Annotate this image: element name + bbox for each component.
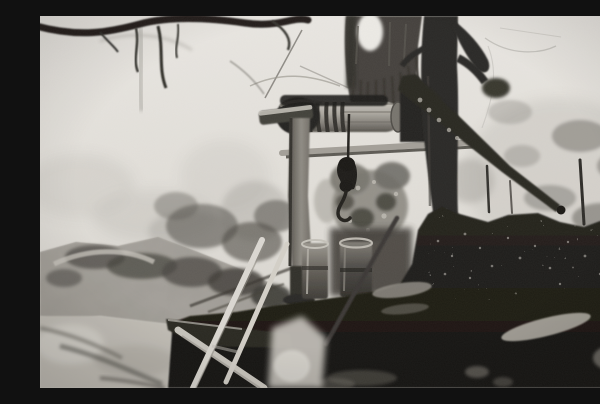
photograph-well-windlass: [40, 16, 600, 388]
paper-tint: [40, 16, 600, 388]
photo-canvas: [40, 16, 600, 388]
